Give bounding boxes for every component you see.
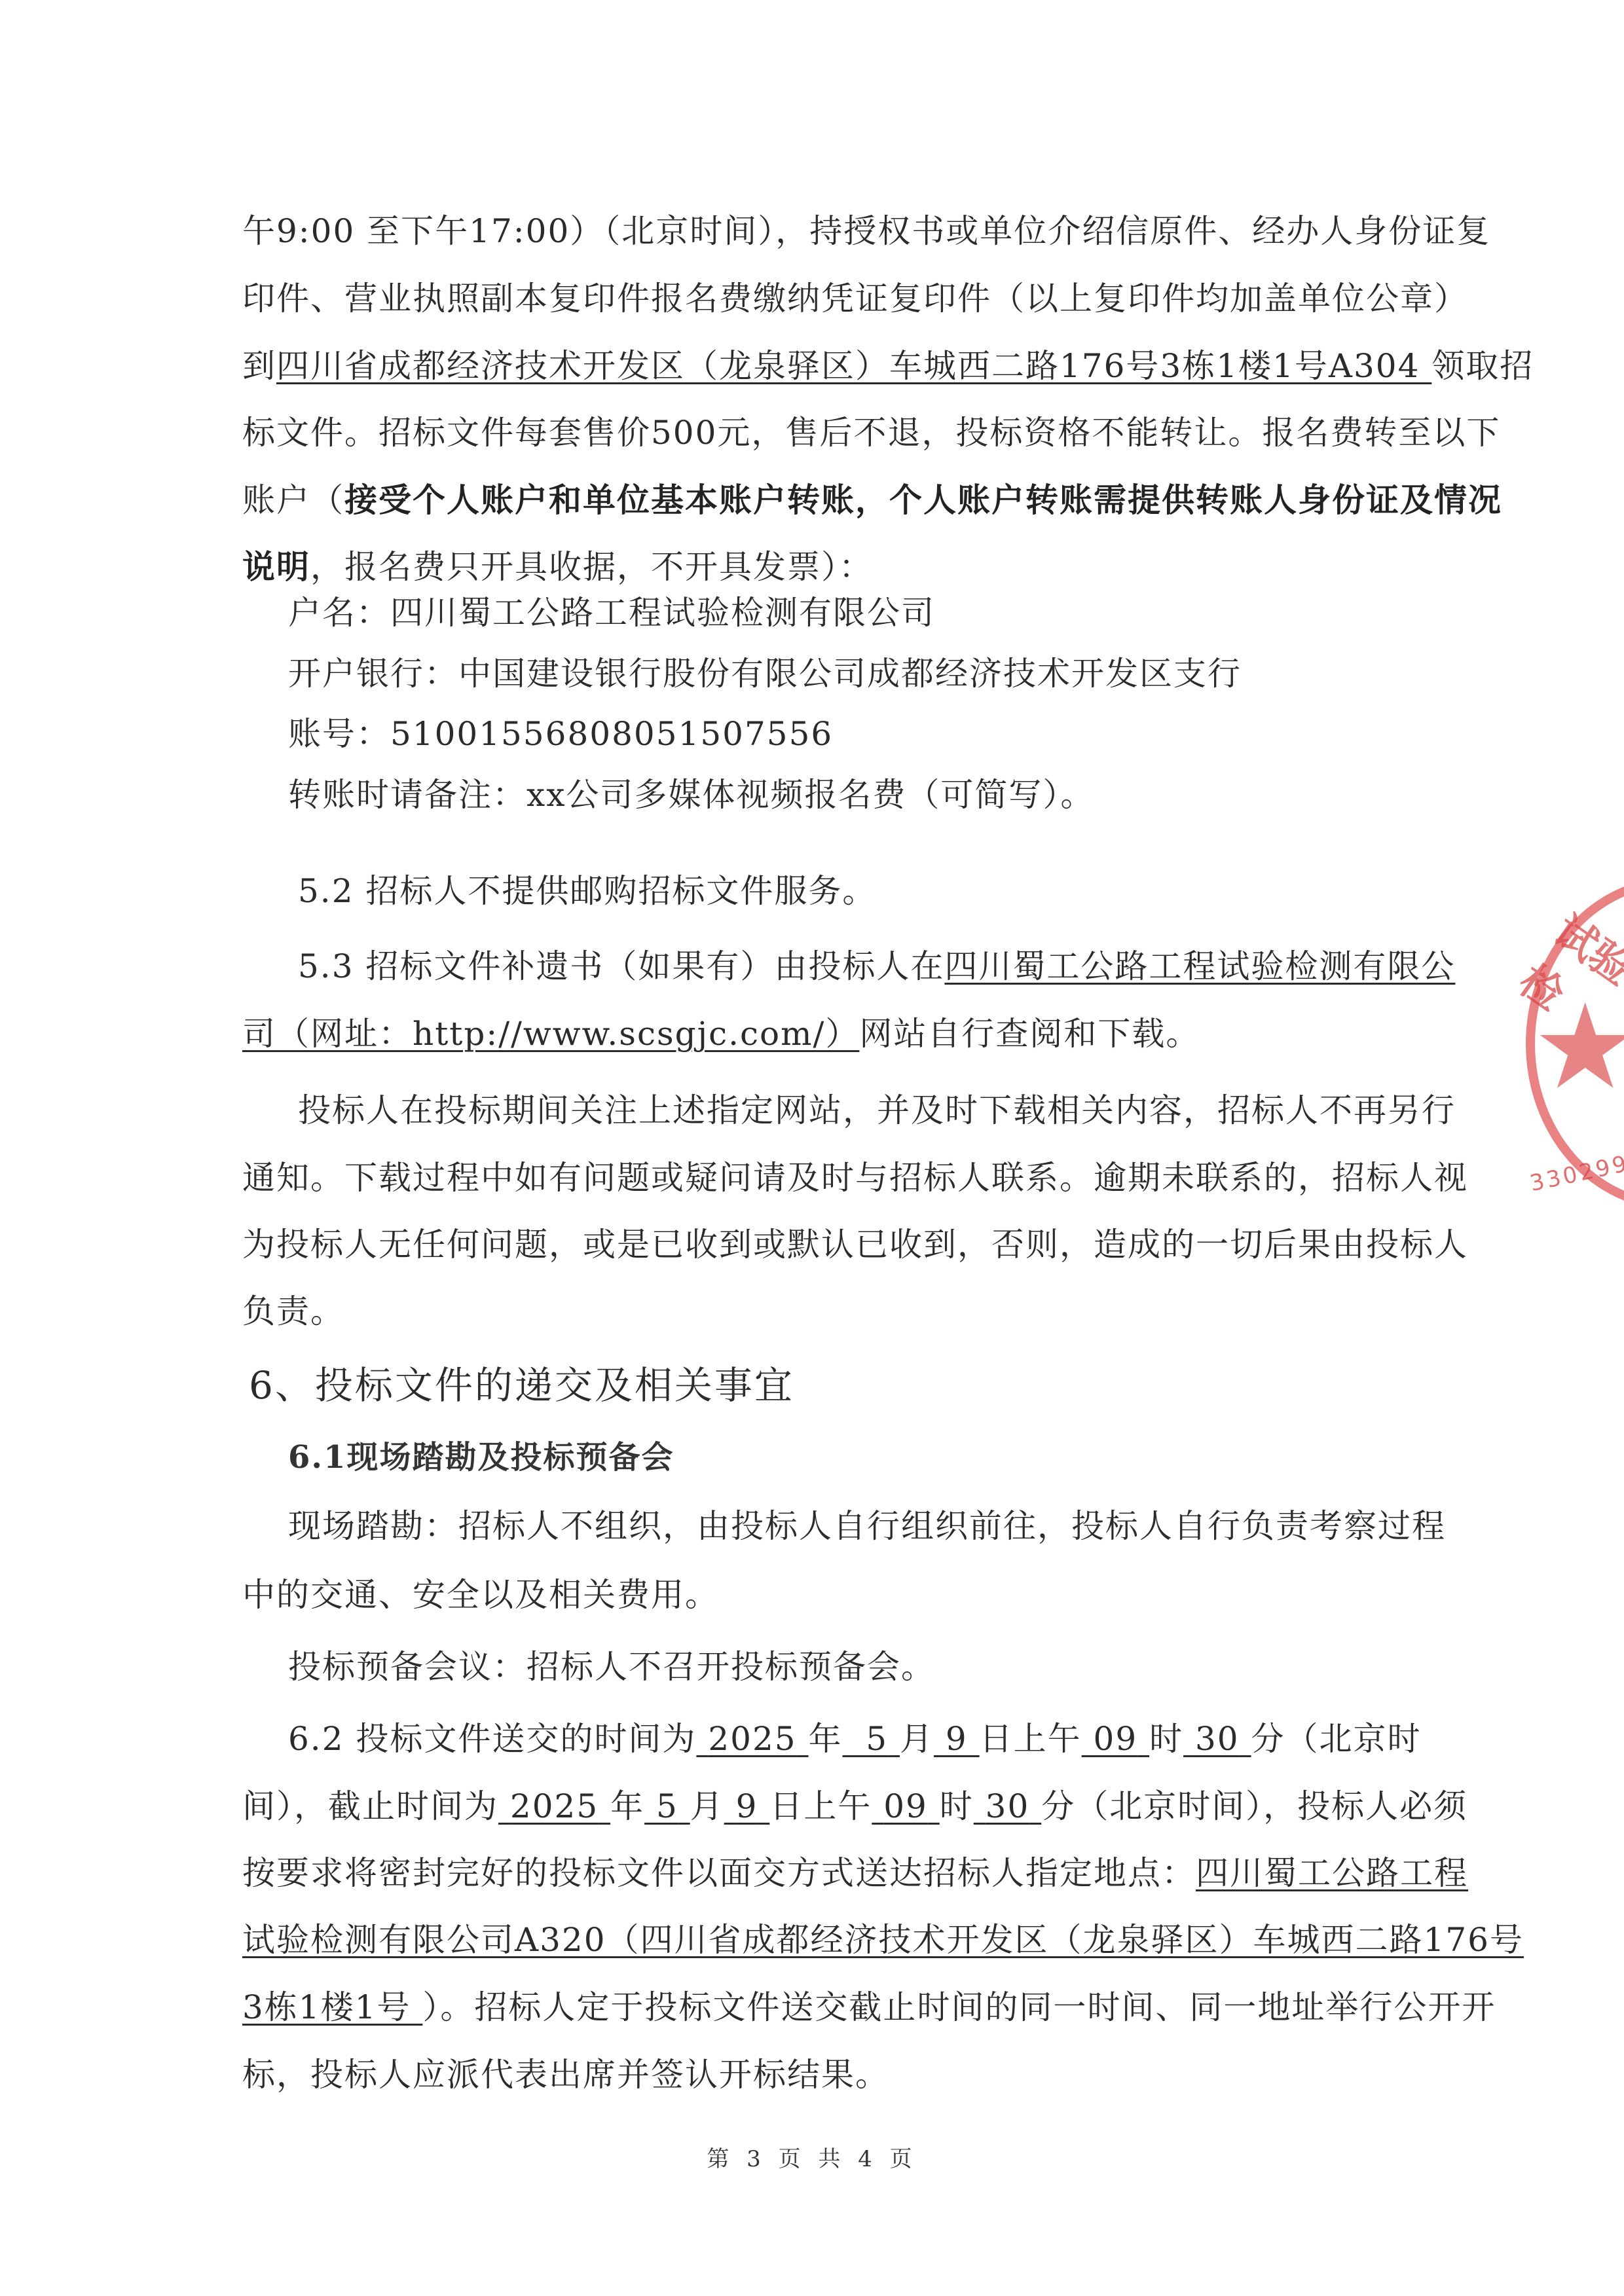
notice-line-4: 负责。	[242, 1291, 344, 1332]
deadline-label: ），截止时间为	[276, 1787, 498, 1825]
notice-line-2: 通知。下载过程中如有问题或疑问请及时与招标人联系。逾期未联系的，招标人视	[242, 1157, 1468, 1198]
account-name-value: 四川蜀工公路工程试验检测有限公司	[390, 594, 935, 632]
registration-line-3: 到四川省成都经济技术开发区（龙泉驿区）车城西二路176号3栋1楼1号A304 领…	[242, 346, 1534, 386]
bank-label: 开户银行：	[288, 655, 458, 693]
registration-address: 四川省成都经济技术开发区（龙泉驿区）车城西二路176号3栋1楼1号A304	[276, 347, 1431, 385]
registration-line-4: 标文件。招标文件每套售价500元，售后不退，投标资格不能转让。报名费转至以下	[242, 412, 1500, 453]
registration-line-2: 印件、营业执照副本复印件报名费缴纳凭证复印件（以上复印件均加盖单位公章）	[242, 278, 1468, 319]
registration-to: 到	[242, 347, 276, 385]
clause-5-3-intro: 5.3 招标文件补遗书（如果有）由投标人在	[298, 947, 944, 985]
notice-line-3: 为投标人无任何问题，或是已收到或默认已收到，否则，造成的一切后果由投标人	[242, 1224, 1468, 1265]
star-icon: ★	[1532, 989, 1624, 1106]
clause-6-2-line-3: 按要求将密封完好的投标文件以面交方式送达招标人指定地点：四川蜀工公路工程	[242, 1853, 1468, 1893]
delivery-method: 按要求将密封完好的投标文件以面交方式送达招标人指定地点：	[242, 1854, 1196, 1892]
clause-6-2-line-4: 试验检测有限公司A320（四川省成都经济技术开发区（龙泉驿区）车城西二路176号	[242, 1920, 1524, 1960]
submission-year: 2025	[696, 1720, 808, 1758]
clause-5-3-company: 四川蜀工公路工程试验检测有限公	[944, 947, 1455, 985]
document-page: 午9:00 至下午17:00）（北京时间），持授权书或单位介绍信原件、经办人身份…	[0, 0, 1624, 2296]
section-6-1-heading: 6.1现场踏勘及投标预备会	[288, 1437, 674, 1478]
bank-row: 开户银行：中国建设银行股份有限公司成都经济技术开发区支行	[288, 653, 1242, 694]
clause-6-2-line-5: 3栋1楼1号 ）。招标人定于投标文件送交截止时间的同一时间、同一地址举行公开开	[242, 1987, 1496, 2028]
account-number-value: 51001556808051507556	[390, 715, 833, 753]
delivery-location-part-2: 试验检测有限公司A320（四川省成都经济技术开发区（龙泉驿区）车城西二路176号	[242, 1921, 1524, 1959]
deadline-day: 9	[724, 1787, 770, 1825]
account-name-row: 户名：四川蜀工公路工程试验检测有限公司	[288, 592, 935, 633]
deadline-month: 5	[644, 1787, 690, 1825]
clause-5-2: 5.2 招标人不提供邮购招标文件服务。	[298, 871, 876, 911]
clause-6-2-line-2: 间），截止时间为 2025 年 5 月 9 日上午 09 时 30 分（北京时间…	[242, 1786, 1467, 1827]
delivery-location-part-1: 四川蜀工公路工程	[1196, 1854, 1468, 1892]
clause-5-3-line-2: 司（网址：http://www.scsgjc.com/）网站自行查阅和下载。	[242, 1013, 1200, 1054]
clause-5-3-download: 网站自行查阅和下载。	[859, 1015, 1200, 1053]
account-transfer-note: 接受个人账户和单位基本账户转账，个人账户转账需提供转账人身份证及情况	[344, 481, 1502, 519]
pre-bid-meeting: 投标预备会议：招标人不召开投标预备会。	[288, 1647, 935, 1687]
clause-6-2-intro: 6.2 投标文件送交的时间为	[288, 1720, 696, 1758]
registration-line-5: 账户（接受个人账户和单位基本账户转账，个人账户转账需提供转账人身份证及情况	[242, 480, 1502, 520]
notice-line-1: 投标人在投标期间关注上述指定网站，并及时下载相关内容，招标人不再另行	[298, 1090, 1456, 1131]
bank-value: 中国建设银行股份有限公司成都经济技术开发区支行	[458, 655, 1242, 693]
site-visit-line-2: 中的交通、安全以及相关费用。	[242, 1575, 719, 1615]
receipt-note: ，报名费只开具收据，不开具发票）：	[310, 548, 873, 586]
page-number: 第 3 页 共 4 页	[0, 2141, 1624, 2173]
submission-day: 9	[934, 1720, 980, 1758]
site-visit-line-1: 现场踏勘：招标人不组织，由投标人自行组织前往，投标人自行负责考察过程	[288, 1506, 1446, 1546]
clause-5-3-line-1: 5.3 招标文件补遗书（如果有）由投标人在四川蜀工公路工程试验检测有限公	[298, 946, 1455, 987]
website-link[interactable]: 司（网址：http://www.scsgjc.com/）	[242, 1015, 859, 1053]
submission-month: 5	[842, 1720, 900, 1758]
account-number-row: 账号：51001556808051507556	[288, 714, 833, 754]
account-intro: 账户（	[242, 481, 344, 519]
account-name-label: 户名：	[288, 594, 390, 632]
delivery-location-part-3: 3栋1楼1号	[242, 1988, 422, 2026]
registration-line-1: 午9:00 至下午17:00）（北京时间），持授权书或单位介绍信原件、经办人身份…	[242, 211, 1490, 251]
transfer-remark-label: 转账时请备注：	[288, 776, 526, 814]
bid-opening-note: ）。招标人定于投标文件送交截止时间的同一时间、同一地址举行公开开	[422, 1988, 1496, 2026]
deadline-hour: 09	[872, 1787, 939, 1825]
submission-minute: 30	[1183, 1720, 1251, 1758]
registration-line-6: 说明，报名费只开具收据，不开具发票）：	[242, 547, 873, 587]
clause-6-2-line-6: 标，投标人应派代表出席并签认开标结果。	[242, 2054, 889, 2095]
transfer-remark-value: xx公司多媒体视频报名费（可简写）。	[526, 776, 1094, 814]
transfer-remark-row: 转账时请备注：xx公司多媒体视频报名费（可简写）。	[288, 774, 1094, 815]
explanation-bold: 说明	[242, 547, 310, 586]
deadline-minute: 30	[974, 1787, 1041, 1825]
account-number-label: 账号：	[288, 715, 390, 753]
deadline-year: 2025	[498, 1787, 610, 1825]
submission-hour: 09	[1082, 1720, 1149, 1758]
registration-collect: 领取招	[1431, 347, 1534, 385]
section-6-heading: 6、投标文件的递交及相关事宜	[249, 1365, 794, 1406]
clause-6-2-line-1: 6.2 投标文件送交的时间为 2025 年 5 月 9 日上午 09 时 30 …	[288, 1719, 1422, 1759]
